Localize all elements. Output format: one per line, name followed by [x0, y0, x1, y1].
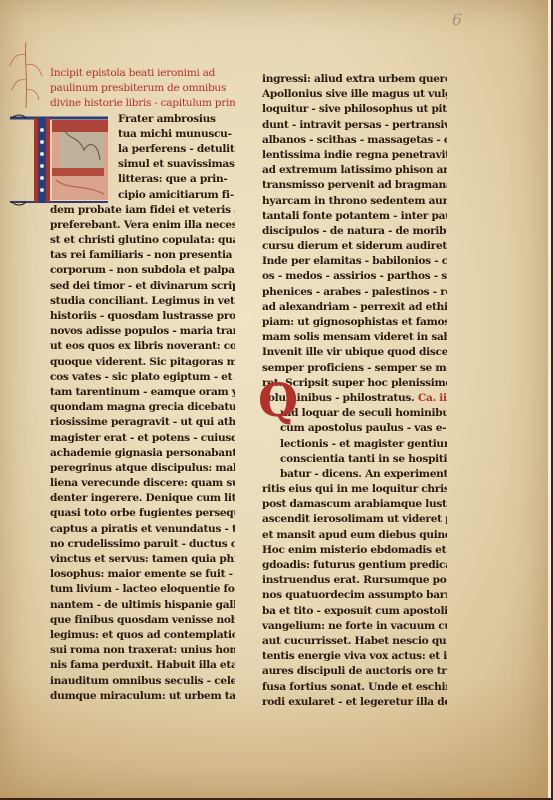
- text-line: dem probate iam fidei et veteris amicici…: [50, 203, 235, 218]
- text-line: mam solis mensam videret in sabulo.: [262, 330, 447, 345]
- text-line: lentissima indie regna penetravit: et: [262, 148, 447, 163]
- text-line: Invenit ille vir ubique quod disceret: e…: [262, 345, 447, 360]
- text-line: rodi exularet - et legeretur illa demost…: [262, 695, 447, 710]
- text-line: Apollonius sive ille magus ut vulgus: [262, 87, 447, 102]
- text-line: nantem - de ultimis hispanie galliarum: [50, 598, 235, 613]
- text-line: os - medos - assirios - parthos - syros …: [262, 269, 447, 284]
- text-line: Inde per elamitas - babilonios - chalde-: [262, 254, 447, 269]
- text-line: ascendit ierosolimam ut videret petrum: [262, 512, 447, 527]
- text-line: denter ingerere. Denique cum litteras: [50, 491, 235, 506]
- marginal-flourish-icon: [6, 40, 46, 110]
- text-line: liena verecunde discere: quam sua impu-: [50, 476, 235, 491]
- text-line: loquitur - sive philosophus ut pitagoric…: [262, 102, 447, 117]
- text-line: no crudelissimo paruit - ductus captivus: [50, 537, 235, 552]
- text-line: lectionis - et magister gentium - qui de: [262, 437, 447, 452]
- text-line: aures discipuli de auctoris ore trans-: [262, 664, 447, 679]
- text-line: et mansit apud eum diebus quindecim.: [262, 528, 447, 543]
- text-line: ritis eius qui in me loquitur christus.: [262, 482, 447, 497]
- text-line: fusa fortius sonat. Unde et eschines cum: [262, 680, 447, 695]
- text-line: historiis - quosdam lustrasse provincias…: [50, 309, 235, 324]
- text-line: sui roma non traxerat: unius homi-: [50, 643, 235, 658]
- text-line: nos quatuordecim assumpto barna-: [262, 588, 447, 603]
- text-line: riosissime peragravit - ut qui athenis: [50, 415, 235, 430]
- text-line: sed dei timor - et divinarum scripturaru…: [50, 279, 235, 294]
- text-line: ad alexandriam - perrexit ad ethio-: [262, 300, 447, 315]
- text-line: gdoadis: futurus gentium predicator: [262, 558, 447, 573]
- text-line: ingressi: aliud extra urbem quererent.: [262, 72, 447, 87]
- text-line: simul et suavissimas: [50, 157, 235, 172]
- text-line: batur - dicens. An experimentum que-: [262, 467, 447, 482]
- text-line: dumque miraculum: ut urbem tantam: [50, 689, 235, 704]
- text-line: ba et tito - exposuit cum apostolis e-: [262, 604, 447, 619]
- text-line: novos adisse populos - maria transisse:: [50, 324, 235, 339]
- text-line: legimus: et quos ad contemplationem: [50, 628, 235, 643]
- incipit-line: Incipit epistola beati ieronimi ad: [50, 66, 235, 81]
- manuscript-page: 6 Incipit epistola beati ieronimi ad pau…: [0, 0, 551, 798]
- text-line: tua michi munuscu-: [50, 127, 235, 142]
- text-line: ut eos quos ex libris noverant: coram: [50, 339, 235, 354]
- rubricated-initial: Q: [258, 376, 280, 456]
- text-line: vinctus et servus: tamen quia phi-: [50, 552, 235, 567]
- text-line: piam: ut gignosophistas et famosissi-: [262, 315, 447, 330]
- text-line: albanos - scithas - massagetas - opu-: [262, 133, 447, 148]
- text-line: conscientia tanti in se hospitis loque-: [262, 452, 447, 467]
- text-line: corporum - non subdola et palpans adulat…: [50, 263, 235, 278]
- text-line: quasi toto orbe fugientes persequitur -: [50, 506, 235, 521]
- text-line: instruendus erat. Rursumque post an-: [262, 573, 447, 588]
- text-line: tantali fonte potantem - inter paucos: [262, 209, 447, 224]
- text-line: hyarcam in throno sedentem aureo - et de: [262, 194, 447, 209]
- text-line: vangelium: ne forte in vacuum curreret: [262, 619, 447, 634]
- text-line: cursu dierum et siderum audiret docentem…: [262, 239, 447, 254]
- text-line: phenices - arabes - palestinos - reversu…: [262, 285, 447, 300]
- text-line: post damascum arabiamque lustratam:: [262, 497, 447, 512]
- text-line: nis fama perduxit. Habuit illa etas: [50, 658, 235, 673]
- chapter-mark: Ca. ii.: [418, 392, 447, 404]
- text-line: tam tarentinum - eamque oram ytalie que: [50, 385, 235, 400]
- incipit-line: divine historie libris - capitulum primu…: [50, 96, 235, 111]
- text-line: litteras: que a prin-: [50, 172, 235, 187]
- text-line: inauditum omnibus seculis - celebran-: [50, 674, 235, 689]
- text-line: cipio amicitiarum fi-: [50, 188, 235, 203]
- text-line: achademie gignasia personabant - fieret: [50, 446, 235, 461]
- text-line: tas rei familiaris - non presentia tantu…: [50, 248, 235, 263]
- text-line: cos vates - sic plato egiptum - et archi…: [50, 370, 235, 385]
- text-line: que finibus quosdam venisse nobiles: [50, 613, 235, 628]
- text-line: tum livium - lacteo eloquentie fonte ma-: [50, 582, 235, 597]
- text-line: studia conciliant. Legimus in veteribus: [50, 294, 235, 309]
- incipit-line: paulinum presbiterum de omnibus: [50, 81, 235, 96]
- text-line: ad extremum latissimo phison amne: [262, 163, 447, 178]
- text-line: quondam magna grecia dicebatur: labo-: [50, 400, 235, 415]
- folio-number: 6: [452, 10, 462, 29]
- left-text-column: Incipit epistola beati ieronimi ad pauli…: [50, 66, 235, 704]
- text-line: transmisso pervenit ad bragmanas: ut: [262, 178, 447, 193]
- text-line: st et christi glutino copulata: quam non…: [50, 233, 235, 248]
- text-line: discipulos - de natura - de moribus ac d…: [262, 224, 447, 239]
- text-line: la perferens - detulit: [50, 142, 235, 157]
- text-line: magister erat - et potens - cuiusque doc…: [50, 431, 235, 446]
- text-line: Hoc enim misterio ebdomadis et o-: [262, 543, 447, 558]
- text-line: aut cucurrisset. Habet nescio quid la-: [262, 634, 447, 649]
- text-line: preferebant. Vera enim illa necessitudo …: [50, 218, 235, 233]
- text-line: captus a piratis et venundatus - tiran-: [50, 522, 235, 537]
- text-line: peregrinus atque discipulus: malens a-: [50, 461, 235, 476]
- text-line: Frater ambrosius: [50, 112, 235, 127]
- text-line: tentis energie viva vox actus: et in: [262, 649, 447, 664]
- text-line: dunt - intravit persas - pertransivit ca…: [262, 118, 447, 133]
- text-line: quoque viderent. Sic pitagoras memphiti-: [50, 355, 235, 370]
- text-line: losophus: maior emente se fuit - ad ti-: [50, 567, 235, 582]
